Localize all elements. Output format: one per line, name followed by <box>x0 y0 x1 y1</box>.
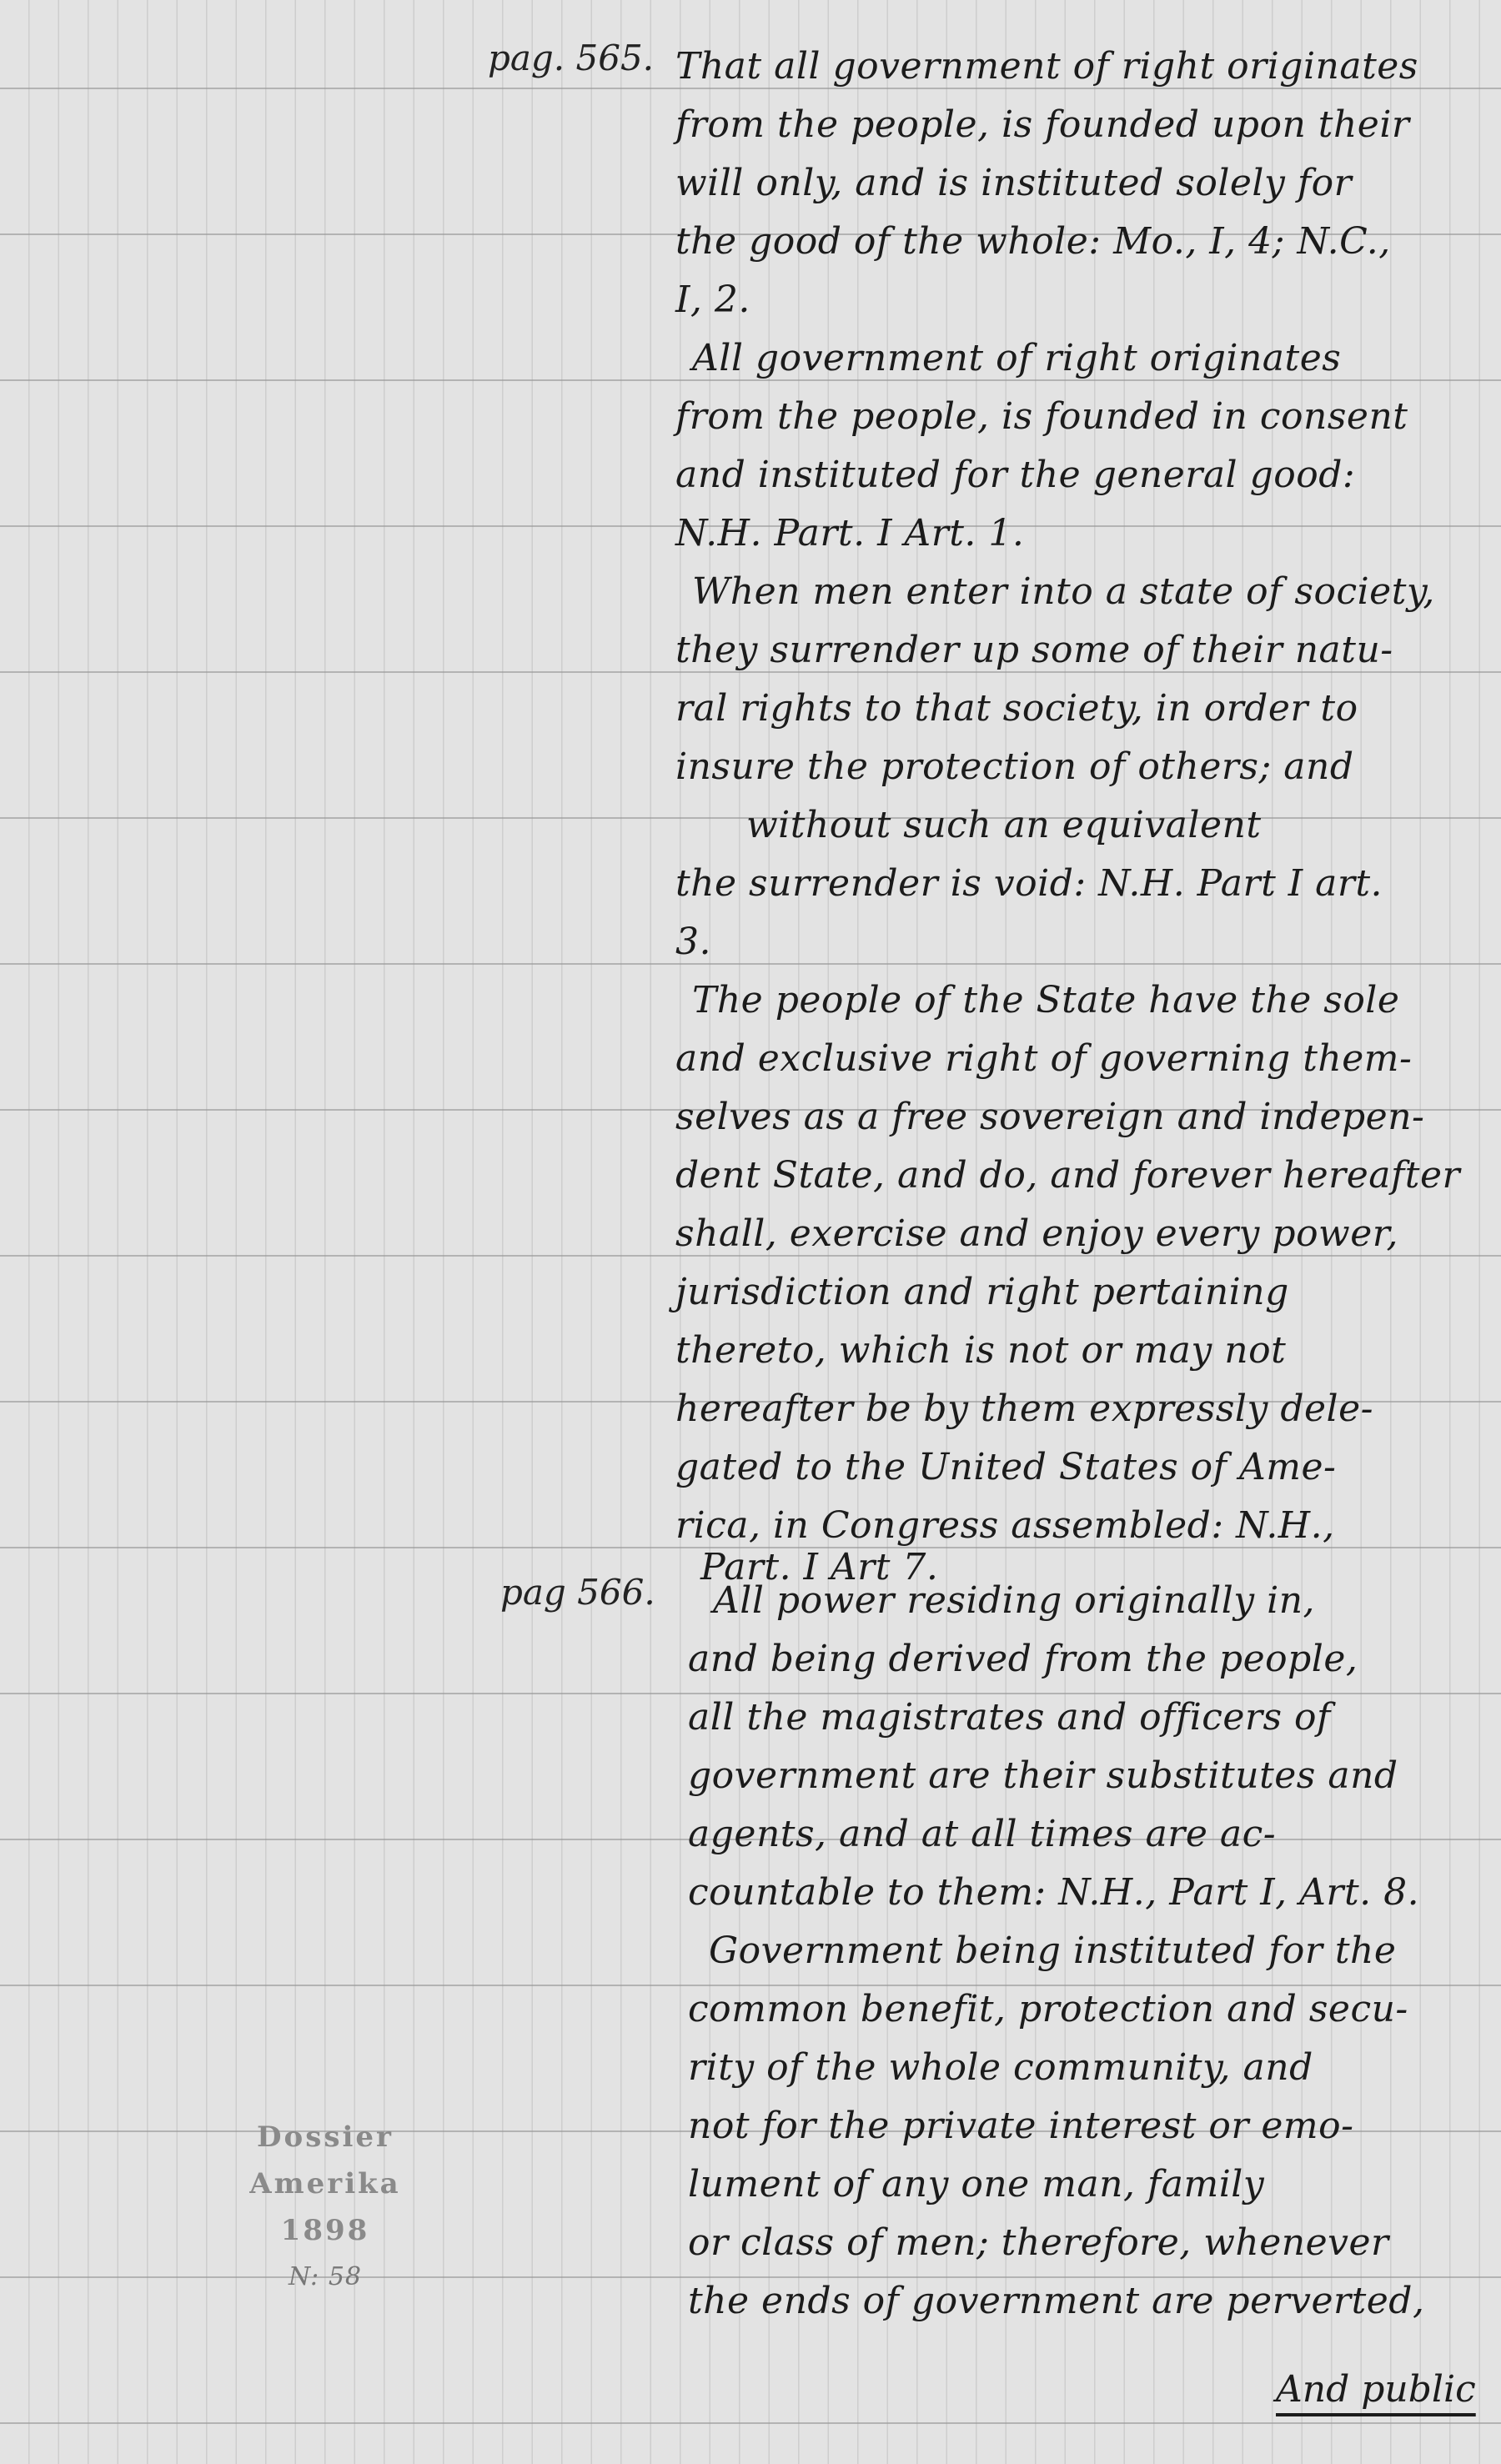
stamp-dossier: Dossier <box>225 2114 425 2160</box>
text-line: 3. <box>675 913 1493 971</box>
text-line: dent State, and do, and forever hereafte… <box>675 1147 1493 1205</box>
page-reference-566: pag 566. <box>500 1572 655 1613</box>
text-line: the surrender is void: N.H. Part I art. <box>675 855 1493 913</box>
text-line: the good of the whole: Mo., I, 4; N.C., <box>675 213 1493 271</box>
text-line: government are their substitutes and <box>688 1747 1501 1805</box>
text-line: selves as a free sovereign and indepen- <box>675 1088 1493 1147</box>
text-line: agents, and at all times are ac- <box>688 1805 1501 1864</box>
text-line: from the people, is founded upon their <box>675 96 1493 154</box>
text-line: Government being instituted for the <box>709 1922 1501 1980</box>
text-line: gated to the United States of Ame- <box>675 1438 1493 1497</box>
text-line: they surrender up some of their natu- <box>675 621 1493 680</box>
manuscript-page: pag. 565. pag 566. That all government o… <box>0 0 1501 2464</box>
text-line: the ends of government are perverted, <box>688 2272 1501 2331</box>
text-line: thereto, which is not or may not <box>675 1322 1493 1380</box>
text-line: not for the private interest or emo- <box>688 2097 1501 2155</box>
stamp-number: N: 58 <box>225 2254 425 2301</box>
text-line: and exclusive right of governing them- <box>675 1030 1493 1088</box>
text-line: That all government of right originates <box>675 38 1493 96</box>
text-line: or class of men; therefore, whenever <box>688 2214 1501 2272</box>
text-line: jurisdiction and right pertaining <box>675 1263 1493 1322</box>
text-line: ral rights to that society, in order to <box>675 680 1493 738</box>
text-line: rity of the whole community, and <box>688 2039 1501 2097</box>
text-line: and instituted for the general good: <box>675 446 1493 504</box>
text-line: I, 2. <box>675 271 1493 329</box>
text-line: will only, and is instituted solely for <box>675 154 1493 213</box>
text-line: All government of right originates <box>692 329 1501 388</box>
text-line: hereafter be by them expressly dele- <box>675 1380 1493 1438</box>
stamp-amerika: Amerika <box>225 2160 425 2207</box>
text-line: countable to them: N.H., Part I, Art. 8. <box>688 1864 1501 1922</box>
catchword: And public <box>1276 2368 1476 2411</box>
text-line: All power residing originally in, <box>713 1572 1501 1630</box>
text-line: shall, exercise and enjoy every power, <box>675 1205 1493 1263</box>
archive-stamp: Dossier Amerika 1898 N: 58 <box>225 2114 425 2301</box>
text-line: When men enter into a state of society, <box>692 563 1501 621</box>
text-line: all the magistrates and officers of <box>688 1689 1501 1747</box>
text-line: from the people, is founded in consent <box>675 388 1493 446</box>
text-line: insure the protection of others; and <box>675 738 1493 796</box>
text-line: lument of any one man, family <box>688 2155 1501 2214</box>
stamp-year: 1898 <box>225 2207 425 2254</box>
page-reference-565: pag. 565. <box>488 38 654 78</box>
text-line: The people of the State have the sole <box>692 971 1501 1030</box>
text-line: common benefit, protection and secu- <box>688 1980 1501 2039</box>
text-line: without such an equivalent <box>746 796 1501 855</box>
text-line: N.H. Part. I Art. 1. <box>675 504 1493 563</box>
text-line: and being derived from the people, <box>688 1630 1501 1689</box>
